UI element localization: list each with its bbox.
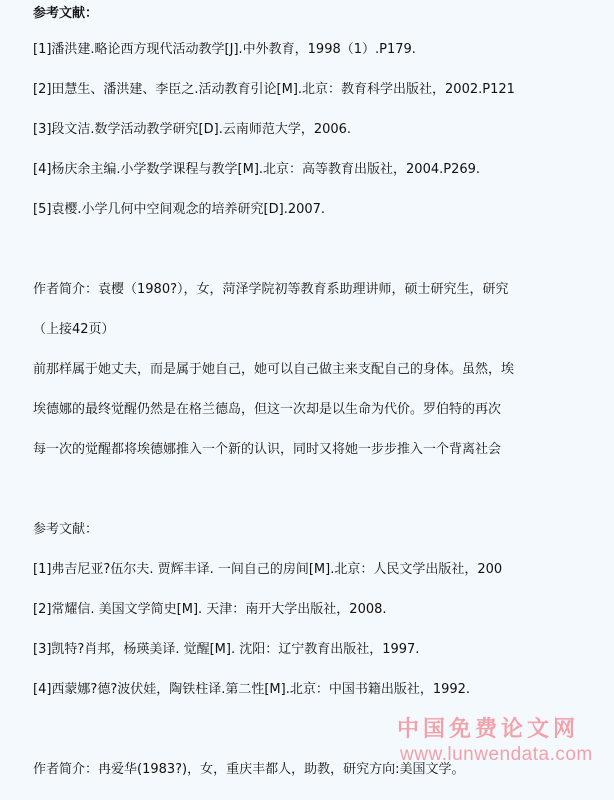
reference-item: [4]西蒙娜?德?波伏娃，陶铁柱译.第二性[M].北京：中国书籍出版社，1992…	[33, 682, 470, 698]
reference-item: [1]潘洪建.略论西方现代活动教学[J].中外教育，1998（1）.P179.	[33, 42, 416, 58]
body-paragraph: 每一次的觉醒都将埃德娜推入一个新的认识，同时又将她一步步推入一个背离社会	[33, 442, 501, 458]
author-intro-1: 作者简介：袁樱（1980?），女，菏泽学院初等教育系助理讲师，硕士研究生，研究	[33, 282, 509, 298]
continuation-note: （上接42页）	[33, 322, 115, 338]
reference-item: [5]袁樱.小学几何中空间观念的培养研究[D].2007.	[33, 202, 325, 218]
reference-item: [2]田慧生、潘洪建、李臣之.活动教育引论[M].北京：教育科学出版社，2002…	[33, 82, 515, 98]
document-page: 参考文献： [1]潘洪建.略论西方现代活动教学[J].中外教育，1998（1）.…	[0, 0, 614, 800]
body-paragraph: 埃德娜的最终觉醒仍然是在格兰德岛，但这一次却是以生命为代价。罗伯特的再次	[33, 402, 501, 418]
reference-item: [3]段文洁.数学活动教学研究[D].云南师范大学，2006.	[33, 122, 351, 138]
reference-item: [3]凯特?肖邦，杨瑛美译. 觉醒[M]. 沈阳：辽宁教育出版社，1997.	[33, 642, 419, 658]
reference-item: [4]杨庆余主编.小学数学课程与教学[M].北京：高等教育出版社，2004.P2…	[33, 162, 480, 178]
author-intro-2: 作者简介：冉爱华(1983?)，女，重庆丰都人，助教，研究方向:美国文学。	[33, 762, 465, 778]
watermark-site-name: 中国免费论文网	[397, 712, 579, 743]
reference-item: [2]常耀信. 美国文学简史[M]. 天津：南开大学出版社，2008.	[33, 602, 387, 618]
references-heading-1: 参考文献：	[33, 6, 98, 22]
references-heading-2: 参考文献：	[33, 522, 98, 538]
reference-item: [1]弗吉尼亚?伍尔夫. 贾辉丰译. 一间自己的房间[M].北京：人民文学出版社…	[33, 562, 502, 578]
body-paragraph: 前那样属于她丈夫，而是属于她自己，她可以自己做主来支配自己的身体。虽然，埃	[33, 362, 514, 378]
